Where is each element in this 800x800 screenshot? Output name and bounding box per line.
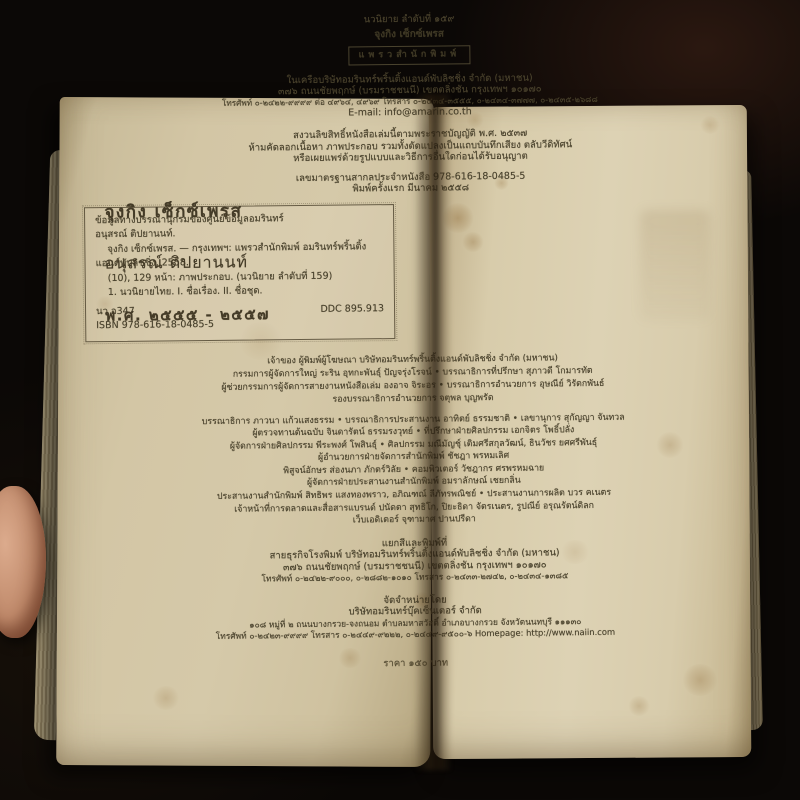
right-page-text: จุงกิง เซ็กซ์เพรส อนุสรณ์ ติปยานนท์ พ.ศ.…	[0, 0, 800, 328]
title-page-author: อนุสรณ์ ติปยานนท์	[105, 246, 800, 277]
distributor-block: จัดจำหน่ายโดย บริษัทอมรินทร์บุ๊คเซ็นเตอร…	[36, 591, 794, 645]
book-photo: นวนิยาย ลำดับที่ ๑๕๙ จุงกิง เซ็กซ์เพรส แ…	[0, 0, 800, 800]
staff-credits-bottom: บรรณาธิการ ภาวนา แก้วแสงธรรม • บรรณาธิกา…	[34, 409, 793, 530]
price-line: ราคา ๑๕๐ บาท	[37, 654, 795, 674]
staff-credits-top: เจ้าของ ผู้พิมพ์ผู้โฆษณา บริษัทอมรินทร์พ…	[34, 349, 793, 409]
title-page-book-title: จุงกิง เซ็กซ์เพรส	[104, 193, 800, 226]
printer-block: แยกสีและพิมพ์ที่ สายธุรกิจโรงพิมพ์ บริษั…	[35, 534, 793, 588]
